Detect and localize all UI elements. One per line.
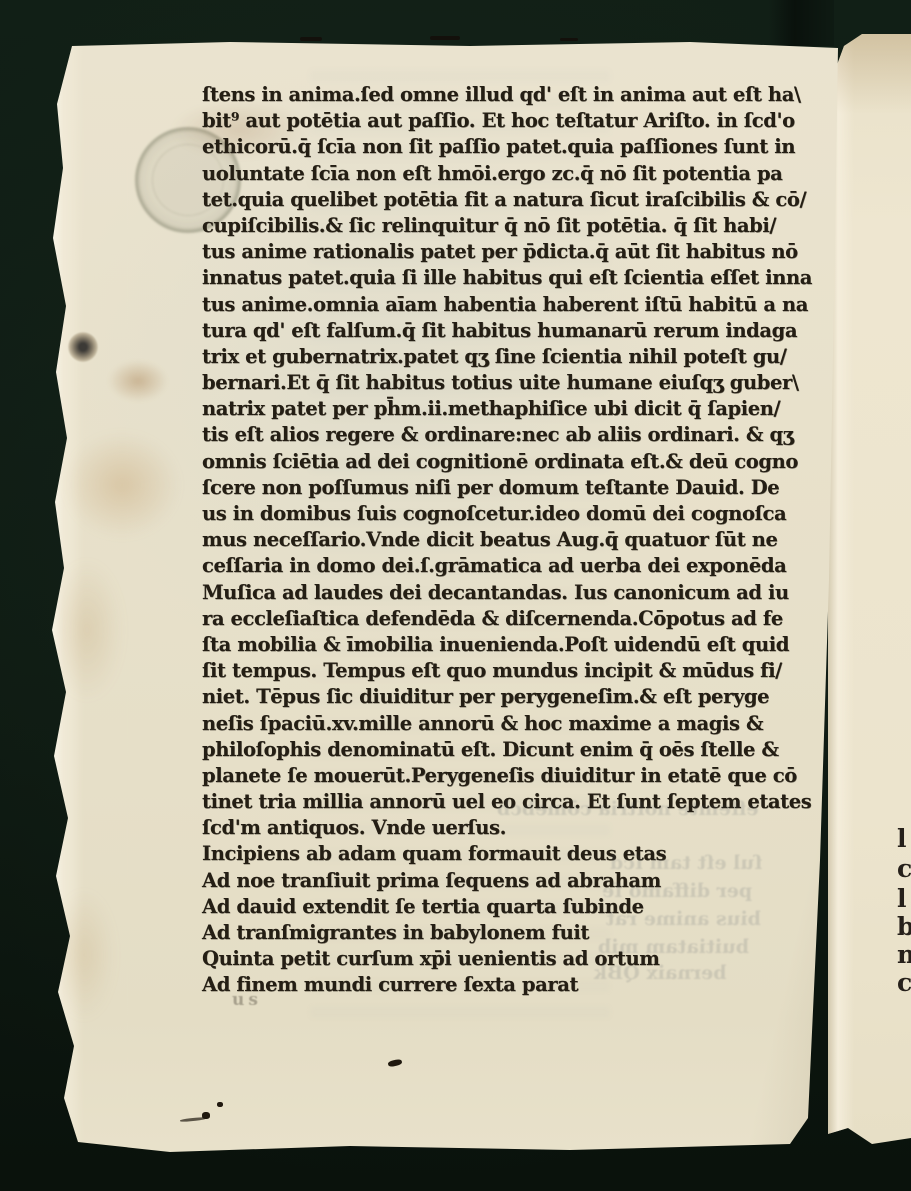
text-line: bernari.Et q̄ ſit habitus totius uite hu… <box>202 370 822 396</box>
text-line: us in domibus ſuis cognoſcetur.ideo domū… <box>202 501 822 527</box>
text-line: tus anime.omnia aīam habentia haberent i… <box>202 292 822 318</box>
showthrough-text: per diffamo ſe <box>602 880 752 902</box>
showthrough-text: ſul eſt tam ſcd <box>610 852 762 874</box>
text-line: ethicorū.q̄ ſcīa non ſit paſſio patet.qu… <box>202 134 822 160</box>
foxing-stain <box>62 430 182 540</box>
showthrough-text: bius anime rat <box>606 908 761 930</box>
text-line: trix et gubernatrix.patet qʒ ſine ſcient… <box>202 344 822 370</box>
ink-speck <box>388 1059 403 1068</box>
text-line: tus anime rationalis patet per p̄dicta.q… <box>202 239 822 265</box>
binding-shadow <box>768 0 834 46</box>
text-line: ſit tempus. Tempus eſt quo mundus incipi… <box>202 658 822 684</box>
cutoff-letter: b <box>897 914 911 939</box>
text-line: Ad finem mundi currere ſexta parat <box>202 972 822 998</box>
text-line: ſta mobilia & īmobilia inuenienda.Poſt u… <box>202 632 822 658</box>
text-line: mus neceſſario.Vnde dicit beatus Aug.q̄ … <box>202 527 822 553</box>
edge-debris <box>430 36 460 40</box>
foxing-stain <box>108 360 168 402</box>
text-line: natrix patet per ph̄m.ii.methaphiſice ub… <box>202 396 822 422</box>
text-line: bit⁹ aut potētia aut paſſio. Et hoc teſt… <box>202 108 822 134</box>
facing-page-edge: l c l b n c <box>828 34 911 1146</box>
text-line: uoluntate ſcīa non eſt hmōi.ergo zc.q̄ n… <box>202 161 822 187</box>
text-line: ceſſaria in domo dei.ſ.grāmatica ad uerb… <box>202 553 822 579</box>
text-line: ſcere non poſſumus niſi per domum teſtan… <box>202 475 822 501</box>
text-line: niet. Tēpus ſic diuiditur per perygeneſi… <box>202 684 822 710</box>
cutoff-letter: l <box>897 826 911 851</box>
text-line: cupiſcibilis.& ſic relinquitur q̄ nō ſit… <box>202 213 822 239</box>
ink-offset-mark: us <box>232 990 262 1010</box>
book-page: ſtens in anima.ſed omne illud qd' eſt in… <box>50 40 840 1152</box>
wormhole-stain <box>68 332 98 362</box>
photo-scene: l c l b n c ſtens in anima.ſed omne illu… <box>0 0 911 1191</box>
cutoff-letter: l <box>897 886 911 911</box>
text-line: tis eſt alios regere & ordinare:nec ab a… <box>202 422 822 448</box>
ink-speck <box>217 1102 223 1107</box>
ink-speck <box>180 1117 206 1123</box>
showthrough-text: buitiatam mib <box>598 936 749 958</box>
text-line: Muſica ad laudes dei decantandas. Ius ca… <box>202 580 822 606</box>
showthrough-text: effemte noſtria cōmebcb <box>497 798 759 820</box>
cutoff-letter: c <box>897 856 911 881</box>
text-line: tura qd' eſt falſum.q̄ ſit habitus human… <box>202 318 822 344</box>
showthrough-text: bernaix QBk <box>594 962 726 984</box>
text-line: ra eccleſiaſtica defendēda & diſcernenda… <box>202 606 822 632</box>
edge-debris <box>300 37 322 41</box>
text-line: tet.quia quelibet potētia fit a natura ſ… <box>202 187 822 213</box>
text-line: neſis ſpaciū.xv.mille annorū & hoc maxim… <box>202 711 822 737</box>
text-line: philoſophis denominatū eſt. Dicunt enim … <box>202 737 822 763</box>
cutoff-letter: n <box>897 942 911 967</box>
text-line: omnis ſciētia ad dei cognitionē ordinata… <box>202 449 822 475</box>
text-line: innatus patet.quia ſi ille habitus qui e… <box>202 265 822 291</box>
edge-debris <box>560 38 578 41</box>
text-line: planete ſe mouerūt.Perygeneſis diuiditur… <box>202 763 822 789</box>
cutoff-letter: c <box>897 970 911 995</box>
text-line: ſtens in anima.ſed omne illud qd' eſt in… <box>202 82 822 108</box>
